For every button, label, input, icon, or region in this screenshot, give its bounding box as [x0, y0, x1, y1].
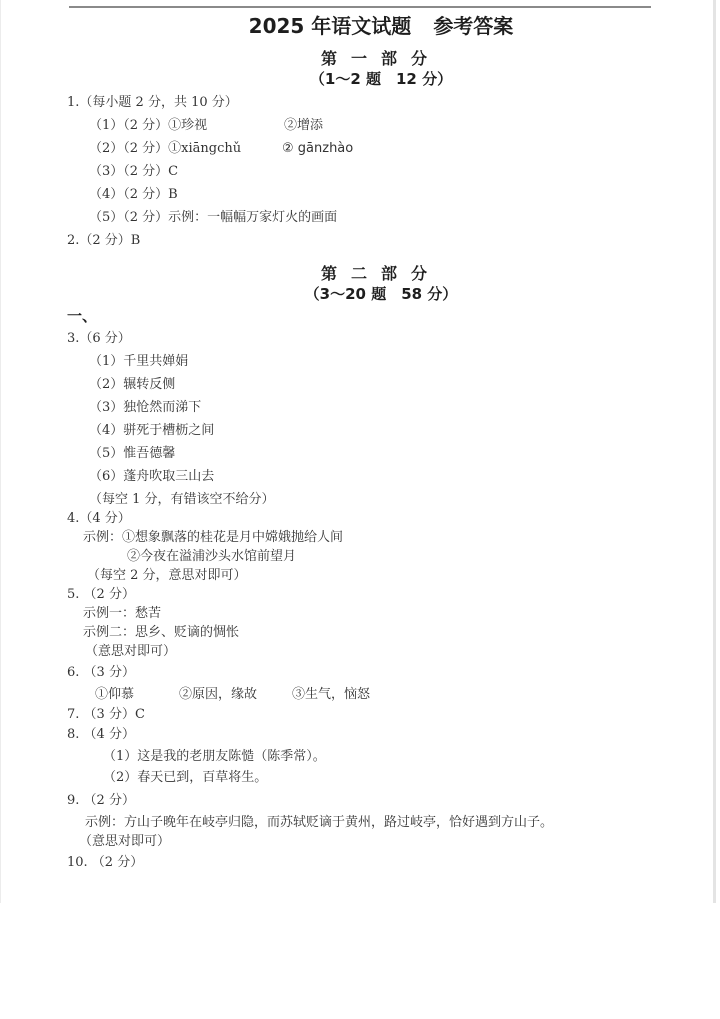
q5-example-2: 示例二：思乡、贬谪的惆怅: [83, 625, 239, 641]
q3-heading: 3.（6 分）: [67, 331, 131, 347]
q1-item-2: （2）（2 分）①xiāngchǔ ② gānzhào: [89, 141, 241, 157]
q6-answer-2: ②原因，缘故: [179, 687, 257, 703]
q3-item-5: （5）惟吾德馨: [89, 446, 175, 462]
q1-item-2-answer-2: ② gānzhào: [282, 141, 353, 157]
q9-heading: 9. （2 分）: [67, 793, 135, 809]
q9-scoring-note: （意思对即可）: [79, 834, 170, 850]
q6-answers: ①仰慕 ②原因，缘故 ③生气，恼怒: [95, 687, 134, 703]
q1-item-4: （4）（2 分）B: [89, 187, 178, 203]
title-main: 2025 年语文试题: [249, 14, 412, 38]
q5-example-1: 示例一：愁苦: [83, 606, 161, 622]
q1-item-2-answer: （2）（2 分）①xiāngchǔ: [89, 141, 241, 156]
q2-heading: 2.（2 分）B: [67, 233, 140, 249]
q1-heading: 1.（每小题 2 分，共 10 分）: [67, 95, 238, 111]
part1-range: （1～2 题 12 分）: [1, 68, 720, 89]
title-sub: 参考答案: [433, 14, 513, 38]
q4-example-1: 示例：①想象飘落的桂花是月中嫦娥抛给人间: [83, 530, 343, 546]
scanned-page: 2025 年语文试题参考答案 第一部分 （1～2 题 12 分） 1.（每小题 …: [0, 0, 716, 903]
q7-heading: 7. （3 分）C: [67, 707, 145, 723]
q4-example-2: ②今夜在溢浦沙头水馆前望月: [127, 549, 296, 565]
q6-answer-3: ③生气，恼怒: [292, 687, 370, 703]
page-title: 2025 年语文试题参考答案: [1, 10, 720, 39]
q8-item-1: （1）这是我的老朋友陈慥（陈季常）。: [103, 749, 326, 765]
q3-scoring-note: （每空 1 分，有错该空不给分）: [89, 492, 275, 508]
part2-heading: 第二部分: [1, 261, 720, 284]
q4-scoring-note: （每空 2 分，意思对即可）: [87, 568, 247, 584]
q1-item-1-answer: （1）（2 分）①珍视: [89, 118, 207, 133]
q5-heading: 5. （2 分）: [67, 587, 135, 603]
part2-range: （3～20 题 58 分）: [1, 283, 720, 304]
q3-item-3: （3）独怆然而涕下: [89, 400, 201, 416]
section-marker: 一、: [67, 308, 97, 324]
q3-item-1: （1）千里共婵娟: [89, 354, 188, 370]
q1-item-1-answer-2: ②增添: [284, 118, 323, 134]
q6-answer-1: ①仰慕: [95, 687, 134, 702]
q5-scoring-note: （意思对即可）: [85, 644, 176, 660]
q1-item-3: （3）（2 分）C: [89, 164, 178, 180]
q1-item-5: （5）（2 分）示例：一幅幅万家灯火的画面: [89, 210, 337, 226]
top-rule: [69, 6, 651, 8]
q8-item-2: （2）春天已到，百草将生。: [103, 770, 267, 786]
q1-item-1: （1）（2 分）①珍视 ②增添: [89, 118, 207, 134]
part1-heading: 第一部分: [1, 46, 720, 69]
q4-heading: 4.（4 分）: [67, 511, 131, 527]
q6-heading: 6. （3 分）: [67, 665, 135, 681]
q3-item-4: （4）骈死于槽枥之间: [89, 423, 214, 439]
q9-example: 示例：方山子晚年在岐亭归隐，而苏轼贬谪于黄州，路过岐亭，恰好遇到方山子。: [85, 815, 553, 831]
q10-heading: 10. （2 分）: [67, 855, 143, 871]
q8-heading: 8. （4 分）: [67, 727, 135, 743]
q3-item-6: （6）蓬舟吹取三山去: [89, 469, 214, 485]
q3-item-2: （2）辗转反侧: [89, 377, 175, 393]
